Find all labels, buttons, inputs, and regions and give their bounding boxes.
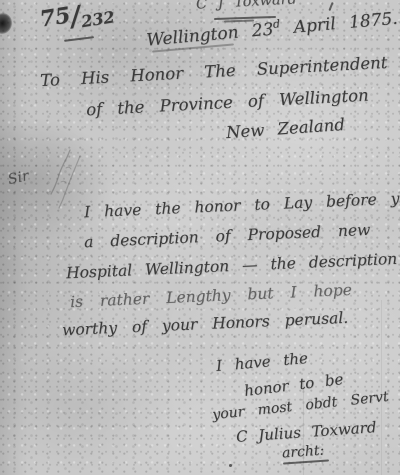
ink-speck xyxy=(229,464,232,467)
address-line-1: To His Honor The Superintendent xyxy=(40,55,388,90)
body-line-1: I have the honor to Lay before you xyxy=(84,191,400,221)
dateline-rest: April 1875. xyxy=(280,9,399,39)
body-line-5: worthy of your Honors perusal. xyxy=(62,311,349,339)
reference-denominator: 232 xyxy=(80,9,115,30)
closing-line-3: your most obdt Servt xyxy=(212,390,389,422)
reference-numerator: 75 xyxy=(38,2,72,32)
ink-blot xyxy=(0,11,14,36)
body-line-3: Hospital Wellington — the description xyxy=(66,252,398,282)
address-line-3: New Zealand xyxy=(226,117,346,142)
address-line-2: of the Province of Wellington xyxy=(86,88,369,119)
reference-number: 75/232 xyxy=(38,0,115,36)
paper-fold-line-2 xyxy=(381,300,382,475)
salutation: Sir xyxy=(7,169,30,187)
pen-tick-mark xyxy=(328,2,333,11)
body-line-2: a description of Proposed new xyxy=(84,223,371,251)
closing-line-1: I have the xyxy=(216,351,309,374)
paper-fold-line xyxy=(303,380,304,475)
illegible-margin-annotation xyxy=(28,138,88,228)
body-line-4: is rather Lengthy but I hope xyxy=(70,283,352,311)
reference-underline xyxy=(64,36,94,41)
signature: C Julius Toxward xyxy=(236,420,377,445)
docketed-author-name: C J Toxward xyxy=(196,0,297,12)
scanned-letter-page: 75/232 C J Toxward Wellington 23d April … xyxy=(0,0,400,475)
dateline: Wellington 23d April 1875. xyxy=(146,8,399,50)
